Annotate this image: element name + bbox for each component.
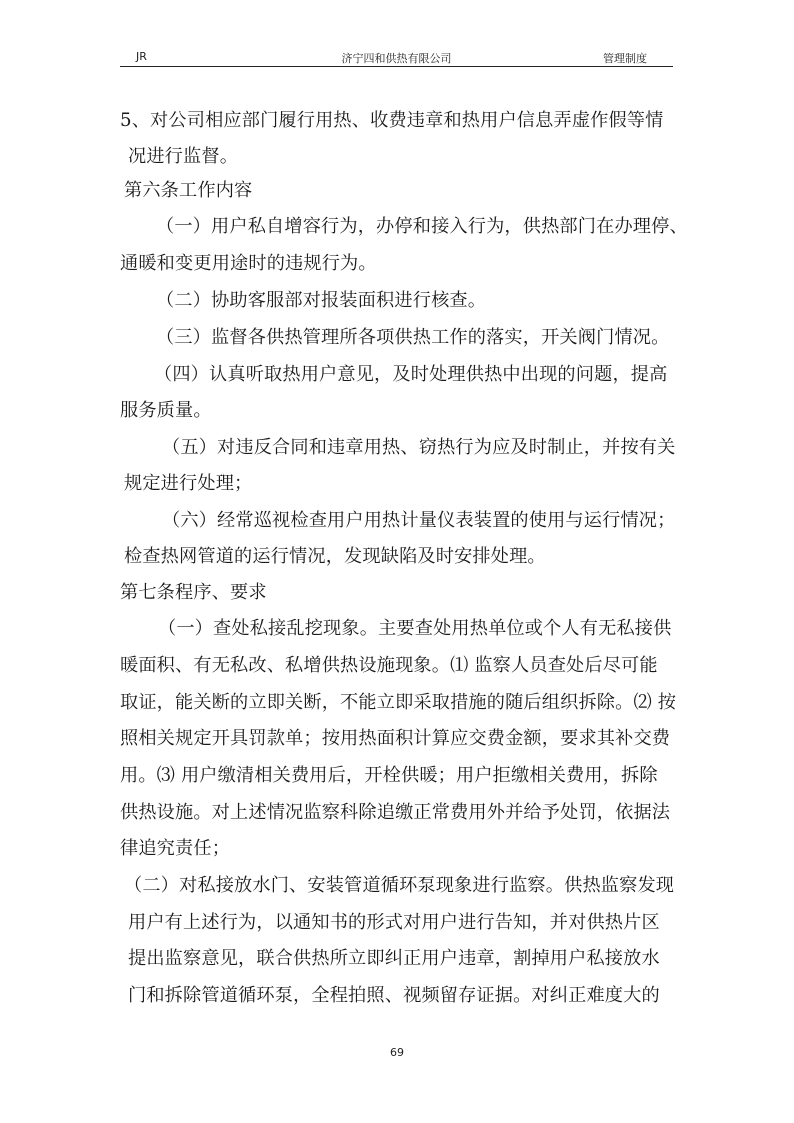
section-heading: 第七条程序、要求 (120, 582, 680, 604)
body-line: 取证，能关断的立即关断，不能立即采取措施的随后组织拆除。⑵ 按 (120, 692, 680, 714)
body-line: （五）对违反合同和违章用热、窃热行为应及时制止，并按有关 (120, 437, 722, 459)
body-line: 通暖和变更用途时的违规行为。 (120, 253, 680, 275)
body-line: 服务质量。 (120, 400, 680, 422)
body-line: 况进行监督。 (120, 146, 688, 168)
body-line: 用户有上述行为，以通知书的形式对用户进行告知，并对供热片区 (120, 912, 688, 934)
page-number: 69 (0, 1046, 794, 1059)
body-line: （二）协助客服部对报装面积进行核查。 (120, 290, 716, 312)
body-line: 照相关规定开具罚款单；按用热面积计算应交费金额，要求其补交费 (120, 728, 680, 750)
header-company-name: 济宁四和供热有限公司 (120, 50, 673, 66)
body-line: 暖面积、有无私改、私增供热设施现象。⑴ 监察人员查处后尽可能 (120, 655, 680, 677)
body-line: （二）对私接放水门、安装管道循环泵现象进行监察。供热监察发现 (120, 875, 684, 897)
header-doc-type: 管理制度 (603, 50, 647, 66)
body-line: 提出监察意见，联合供热所立即纠正用户违章，割掉用户私接放水 (120, 948, 688, 970)
body-line: 门和拆除管道循环泵，全程拍照、视频留存证据。对纠正难度大的 (120, 985, 688, 1007)
page-header: JR 济宁四和供热有限公司 管理制度 (120, 48, 673, 67)
body-line: 5、对公司相应部门履行用热、收费违章和热用户信息弄虚作假等情 (120, 110, 680, 132)
body-line: 律追究责任； (120, 838, 680, 860)
body-line: 检查热网管道的运行情况，发现缺陷及时安排处理。 (120, 546, 684, 568)
body-line: （四）认真听取热用户意见，及时处理供热中出现的问题，提高 (120, 364, 714, 386)
section-heading: 第六条工作内容 (120, 180, 684, 202)
body-line: 供热设施。对上述情况监察科除追缴正常费用外并给予处罚，依据法 (120, 802, 680, 824)
body-line: （三）监督各供热管理所各项供热工作的落实，开关阀门情况。 (120, 327, 716, 349)
body-line: （一）查处私接乱挖现象。主要查处用热单位或个人有无私接供 (120, 618, 718, 640)
body-line: （一）用户私自增容行为，办停和接入行为，供热部门在办理停、 (120, 216, 716, 238)
body-line: 规定进行处理； (120, 473, 684, 495)
body-line: （六）经常巡视检查用户用热计量仪表装置的使用与运行情况； (120, 510, 722, 532)
body-line: 用。⑶ 用户缴清相关费用后，开栓供暖；用户拒缴相关费用，拆除 (120, 765, 680, 787)
